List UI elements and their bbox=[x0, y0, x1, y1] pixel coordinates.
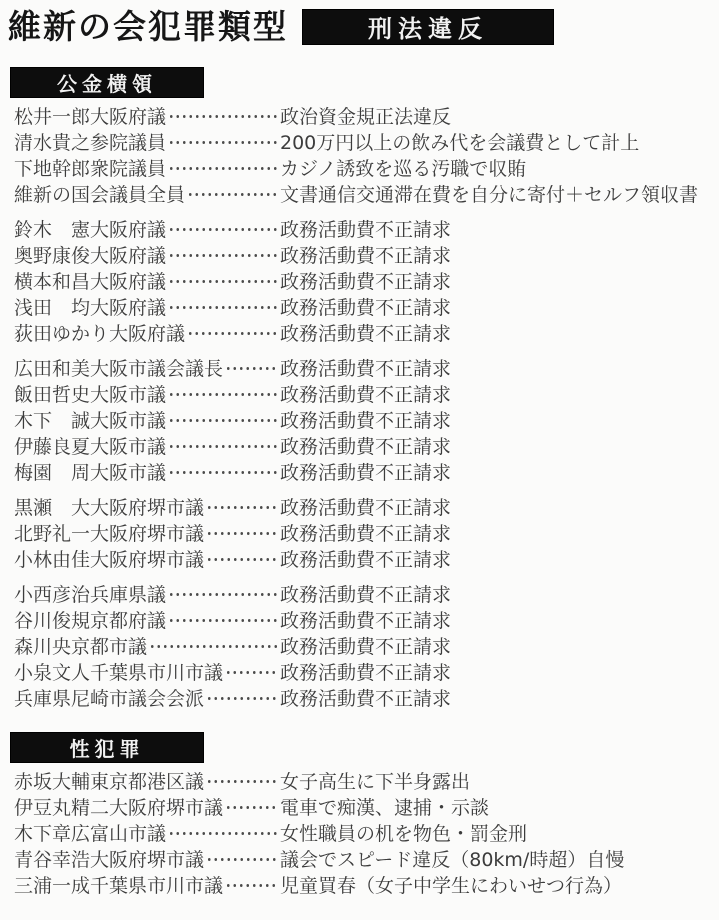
crime-section: 公金横領 松井一郎大阪府議 政治資金規正法違反 清水貴之参院議員 200万円以上… bbox=[8, 67, 711, 711]
politician-name: 梅園 周大阪市議 bbox=[14, 458, 166, 485]
law-category-badge: 刑法違反 bbox=[302, 9, 554, 45]
dot-leader bbox=[149, 642, 277, 651]
crime-description: 政務活動費不正請求 bbox=[280, 606, 451, 633]
dot-leader bbox=[168, 468, 277, 477]
crime-description: 政務活動費不正請求 bbox=[280, 380, 451, 407]
name-cell: 青谷幸浩大阪府堺市議 bbox=[14, 845, 280, 872]
crime-description: 政務活動費不正請求 bbox=[280, 406, 451, 433]
dot-leader bbox=[206, 777, 277, 786]
politician-name: 下地幹郎衆院議員 bbox=[14, 154, 166, 181]
dot-leader bbox=[168, 616, 277, 625]
crime-description: 電車で痴漢、逮捕・示談 bbox=[280, 793, 489, 820]
crime-list-document: 維新の会犯罪類型 刑法違反 公金横領 松井一郎大阪府議 政治資金規正法違反 清水… bbox=[0, 0, 719, 920]
name-cell: 小西彦治兵庫県議 bbox=[14, 580, 280, 607]
politician-name: 清水貴之参院議員 bbox=[14, 128, 166, 155]
politician-name: 黒瀬 大大阪府堺市議 bbox=[14, 493, 204, 520]
politician-name: 赤坂大輔東京都港区議 bbox=[14, 767, 204, 794]
crime-description: 女性職員の机を物色・罰金刑 bbox=[280, 819, 527, 846]
entry-group: 赤坂大輔東京都港区議 女子高生に下半身露出 伊豆丸精二大阪府堺市議 電車で痴漢、… bbox=[8, 768, 711, 898]
crime-description: カジノ誘致を巡る汚職で収賄 bbox=[280, 154, 526, 181]
dot-leader bbox=[168, 303, 277, 312]
table-row: 下地幹郎衆院議員 カジノ誘致を巡る汚職で収賄 bbox=[8, 155, 711, 181]
politician-name: 三浦一成千葉県市川市議 bbox=[14, 871, 223, 898]
politician-name: 飯田哲史大阪市議 bbox=[14, 380, 166, 407]
table-row: 伊藤良夏大阪市議 政務活動費不正請求 bbox=[8, 433, 711, 459]
entry-group: 小西彦治兵庫県議 政務活動費不正請求 谷川俊規京都府議 政務活動費不正請求 森川… bbox=[8, 581, 711, 711]
crime-description: 議会でスピード違反（80km/時超）自慢 bbox=[280, 845, 624, 872]
politician-name: 荻田ゆかり大阪府議 bbox=[14, 319, 185, 346]
politician-name: 横本和昌大阪府議 bbox=[14, 267, 166, 294]
politician-name: 維新の国会議員全員 bbox=[14, 180, 185, 207]
crime-description: 政務活動費不正請求 bbox=[280, 354, 451, 381]
crime-description: 政務活動費不正請求 bbox=[280, 545, 451, 572]
name-cell: 梅園 周大阪市議 bbox=[14, 458, 280, 485]
crime-section: 性犯罪 赤坂大輔東京都港区議 女子高生に下半身露出 伊豆丸精二大阪府堺市議 電車… bbox=[8, 732, 711, 898]
politician-name: 浅田 均大阪府議 bbox=[14, 293, 166, 320]
table-row: 飯田哲史大阪市議 政務活動費不正請求 bbox=[8, 381, 711, 407]
name-cell: 浅田 均大阪府議 bbox=[14, 293, 280, 320]
dot-leader bbox=[168, 251, 277, 260]
crime-description: 政務活動費不正請求 bbox=[280, 432, 451, 459]
dot-leader bbox=[168, 112, 277, 121]
table-row: 奥野康俊大阪府議 政務活動費不正請求 bbox=[8, 242, 711, 268]
name-cell: 赤坂大輔東京都港区議 bbox=[14, 767, 280, 794]
name-cell: 維新の国会議員全員 bbox=[14, 180, 280, 207]
crime-description: 政務活動費不正請求 bbox=[280, 493, 451, 520]
dot-leader bbox=[168, 138, 277, 147]
name-cell: 飯田哲史大阪市議 bbox=[14, 380, 280, 407]
dot-leader bbox=[168, 829, 277, 838]
entry-groups: 松井一郎大阪府議 政治資金規正法違反 清水貴之参院議員 200万円以上の飲み代を… bbox=[8, 103, 711, 711]
politician-name: 小泉文人千葉県市川市議 bbox=[14, 658, 223, 685]
name-cell: 下地幹郎衆院議員 bbox=[14, 154, 280, 181]
crime-description: 200万円以上の飲み代を会議費として計上 bbox=[280, 128, 639, 155]
dot-leader bbox=[168, 416, 277, 425]
name-cell: 伊藤良夏大阪市議 bbox=[14, 432, 280, 459]
name-cell: 木下 誠大阪市議 bbox=[14, 406, 280, 433]
crime-description: 政務活動費不正請求 bbox=[280, 458, 451, 485]
dot-leader bbox=[206, 529, 277, 538]
table-row: 谷川俊規京都府議 政務活動費不正請求 bbox=[8, 607, 711, 633]
dot-leader bbox=[225, 803, 277, 812]
table-row: 赤坂大輔東京都港区議 女子高生に下半身露出 bbox=[8, 768, 711, 794]
dot-leader bbox=[225, 668, 277, 677]
name-cell: 小林由佳大阪府堺市議 bbox=[14, 545, 280, 572]
crime-description: 政務活動費不正請求 bbox=[280, 519, 451, 546]
politician-name: 兵庫県尼崎市議会会派 bbox=[14, 684, 204, 711]
dot-leader bbox=[168, 164, 277, 173]
dot-leader bbox=[187, 190, 277, 199]
entry-group: 鈴木 憲大阪府議 政務活動費不正請求 奥野康俊大阪府議 政務活動費不正請求 横本… bbox=[8, 216, 711, 346]
table-row: 広田和美大阪市議会議長 政務活動費不正請求 bbox=[8, 355, 711, 381]
table-row: 梅園 周大阪市議 政務活動費不正請求 bbox=[8, 459, 711, 485]
table-row: 小西彦治兵庫県議 政務活動費不正請求 bbox=[8, 581, 711, 607]
table-row: 維新の国会議員全員 文書通信交通滞在費を自分に寄付＋セルフ領収書 bbox=[8, 181, 711, 207]
politician-name: 広田和美大阪市議会議長 bbox=[14, 354, 223, 381]
politician-name: 鈴木 憲大阪府議 bbox=[14, 215, 166, 242]
name-cell: 森川央京都市議 bbox=[14, 632, 280, 659]
table-row: 小林由佳大阪府堺市議 政務活動費不正請求 bbox=[8, 546, 711, 572]
name-cell: 兵庫県尼崎市議会会派 bbox=[14, 684, 280, 711]
page-header: 維新の会犯罪類型 刑法違反 bbox=[8, 8, 711, 46]
name-cell: 鈴木 憲大阪府議 bbox=[14, 215, 280, 242]
dot-leader bbox=[168, 277, 277, 286]
crime-description: 文書通信交通滞在費を自分に寄付＋セルフ領収書 bbox=[280, 180, 698, 207]
name-cell: 奥野康俊大阪府議 bbox=[14, 241, 280, 268]
entry-group: 広田和美大阪市議会議長 政務活動費不正請求 飯田哲史大阪市議 政務活動費不正請求… bbox=[8, 355, 711, 485]
crime-description: 政務活動費不正請求 bbox=[280, 658, 451, 685]
politician-name: 木下章広富山市議 bbox=[14, 819, 166, 846]
table-row: 三浦一成千葉県市川市議 児童買春（女子中学生にわいせつ行為） bbox=[8, 872, 711, 898]
crime-description: 女子高生に下半身露出 bbox=[280, 767, 470, 794]
name-cell: 北野礼一大阪府堺市議 bbox=[14, 519, 280, 546]
table-row: 小泉文人千葉県市川市議 政務活動費不正請求 bbox=[8, 659, 711, 685]
page-title: 維新の会犯罪類型 bbox=[8, 8, 288, 46]
table-row: 兵庫県尼崎市議会会派 政務活動費不正請求 bbox=[8, 685, 711, 711]
table-row: 浅田 均大阪府議 政務活動費不正請求 bbox=[8, 294, 711, 320]
politician-name: 北野礼一大阪府堺市議 bbox=[14, 519, 204, 546]
dot-leader bbox=[168, 225, 277, 234]
name-cell: 荻田ゆかり大阪府議 bbox=[14, 319, 280, 346]
name-cell: 木下章広富山市議 bbox=[14, 819, 280, 846]
crime-description: 政治資金規正法違反 bbox=[280, 102, 451, 129]
table-row: 北野礼一大阪府堺市議 政務活動費不正請求 bbox=[8, 520, 711, 546]
dot-leader bbox=[206, 855, 277, 864]
crime-description: 政務活動費不正請求 bbox=[280, 580, 451, 607]
dot-leader bbox=[168, 442, 277, 451]
dot-leader bbox=[225, 364, 277, 373]
crime-description: 政務活動費不正請求 bbox=[280, 241, 451, 268]
name-cell: 松井一郎大阪府議 bbox=[14, 102, 280, 129]
dot-leader bbox=[206, 694, 277, 703]
table-row: 青谷幸浩大阪府堺市議 議会でスピード違反（80km/時超）自慢 bbox=[8, 846, 711, 872]
name-cell: 小泉文人千葉県市川市議 bbox=[14, 658, 280, 685]
politician-name: 谷川俊規京都府議 bbox=[14, 606, 166, 633]
dot-leader bbox=[206, 503, 277, 512]
section-badge: 性犯罪 bbox=[10, 732, 204, 763]
name-cell: 谷川俊規京都府議 bbox=[14, 606, 280, 633]
politician-name: 奥野康俊大阪府議 bbox=[14, 241, 166, 268]
politician-name: 伊豆丸精二大阪府堺市議 bbox=[14, 793, 223, 820]
politician-name: 伊藤良夏大阪市議 bbox=[14, 432, 166, 459]
crime-description: 政務活動費不正請求 bbox=[280, 319, 451, 346]
section-badge: 公金横領 bbox=[10, 67, 204, 98]
name-cell: 伊豆丸精二大阪府堺市議 bbox=[14, 793, 280, 820]
table-row: 鈴木 憲大阪府議 政務活動費不正請求 bbox=[8, 216, 711, 242]
entry-group: 松井一郎大阪府議 政治資金規正法違反 清水貴之参院議員 200万円以上の飲み代を… bbox=[8, 103, 711, 207]
entry-group: 黒瀬 大大阪府堺市議 政務活動費不正請求 北野礼一大阪府堺市議 政務活動費不正請… bbox=[8, 494, 711, 572]
politician-name: 森川央京都市議 bbox=[14, 632, 147, 659]
dot-leader bbox=[206, 555, 277, 564]
table-row: 横本和昌大阪府議 政務活動費不正請求 bbox=[8, 268, 711, 294]
sections-container: 公金横領 松井一郎大阪府議 政治資金規正法違反 清水貴之参院議員 200万円以上… bbox=[8, 67, 711, 898]
table-row: 伊豆丸精二大阪府堺市議 電車で痴漢、逮捕・示談 bbox=[8, 794, 711, 820]
table-row: 黒瀬 大大阪府堺市議 政務活動費不正請求 bbox=[8, 494, 711, 520]
table-row: 松井一郎大阪府議 政治資金規正法違反 bbox=[8, 103, 711, 129]
crime-description: 児童買春（女子中学生にわいせつ行為） bbox=[280, 871, 622, 898]
crime-description: 政務活動費不正請求 bbox=[280, 215, 451, 242]
table-row: 荻田ゆかり大阪府議 政務活動費不正請求 bbox=[8, 320, 711, 346]
name-cell: 横本和昌大阪府議 bbox=[14, 267, 280, 294]
dot-leader bbox=[187, 329, 277, 338]
dot-leader bbox=[225, 881, 277, 890]
politician-name: 青谷幸浩大阪府堺市議 bbox=[14, 845, 204, 872]
crime-description: 政務活動費不正請求 bbox=[280, 293, 451, 320]
crime-description: 政務活動費不正請求 bbox=[280, 632, 451, 659]
table-row: 木下 誠大阪市議 政務活動費不正請求 bbox=[8, 407, 711, 433]
name-cell: 清水貴之参院議員 bbox=[14, 128, 280, 155]
dot-leader bbox=[168, 590, 277, 599]
name-cell: 広田和美大阪市議会議長 bbox=[14, 354, 280, 381]
crime-description: 政務活動費不正請求 bbox=[280, 267, 451, 294]
table-row: 森川央京都市議 政務活動費不正請求 bbox=[8, 633, 711, 659]
dot-leader bbox=[168, 390, 277, 399]
politician-name: 木下 誠大阪市議 bbox=[14, 406, 166, 433]
entry-groups: 赤坂大輔東京都港区議 女子高生に下半身露出 伊豆丸精二大阪府堺市議 電車で痴漢、… bbox=[8, 768, 711, 898]
politician-name: 小西彦治兵庫県議 bbox=[14, 580, 166, 607]
name-cell: 三浦一成千葉県市川市議 bbox=[14, 871, 280, 898]
name-cell: 黒瀬 大大阪府堺市議 bbox=[14, 493, 280, 520]
politician-name: 小林由佳大阪府堺市議 bbox=[14, 545, 204, 572]
politician-name: 松井一郎大阪府議 bbox=[14, 102, 166, 129]
table-row: 清水貴之参院議員 200万円以上の飲み代を会議費として計上 bbox=[8, 129, 711, 155]
table-row: 木下章広富山市議 女性職員の机を物色・罰金刑 bbox=[8, 820, 711, 846]
crime-description: 政務活動費不正請求 bbox=[280, 684, 451, 711]
